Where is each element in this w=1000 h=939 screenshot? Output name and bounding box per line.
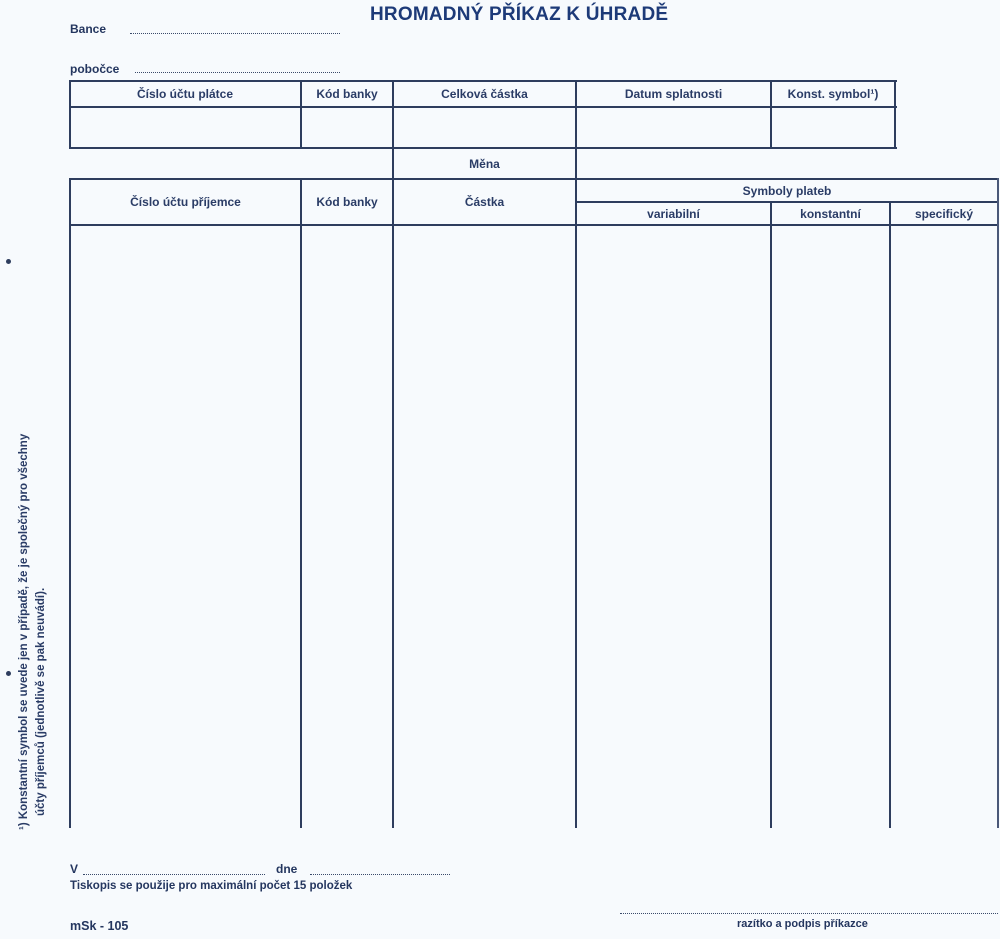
- bank-field[interactable]: [130, 33, 340, 34]
- footnote-line-2: účty příjemců (jednotlivě se pak neuvádí…: [33, 350, 50, 830]
- header-payee-bank-code: Kód banky: [302, 180, 392, 224]
- header-const-symbol: Konst. symbol¹): [772, 82, 894, 106]
- max-items-note: Tiskopis se použije pro maximální počet …: [70, 880, 352, 892]
- bank-label: Bance: [70, 22, 106, 36]
- place-field[interactable]: [83, 874, 265, 875]
- branch-label: pobočce: [70, 62, 119, 76]
- signature-label: razítko a podpis příkazce: [737, 918, 868, 930]
- place-label: V: [70, 862, 78, 876]
- header-amount: Částka: [394, 180, 575, 224]
- payer-account-input[interactable]: [71, 108, 300, 147]
- form-title: HROMADNÝ PŘÍKAZ K ÚHRADĚ: [370, 4, 668, 26]
- total-amount-input[interactable]: [394, 108, 575, 147]
- date-label: dne: [276, 862, 297, 876]
- specific-symbol-column[interactable]: [891, 227, 997, 827]
- constant-symbol-column[interactable]: [772, 227, 889, 827]
- table-border: [69, 224, 999, 226]
- header-due-date: Datum splatnosti: [577, 82, 770, 106]
- punch-hole-marker: [6, 671, 11, 676]
- header-payment-symbols: Symboly plateb: [577, 180, 997, 201]
- table-border: [997, 178, 999, 828]
- payee-account-column[interactable]: [71, 227, 300, 827]
- header-total-amount: Celková částka: [394, 82, 575, 106]
- footnote-line-1: ¹) Konstantní symbol se uvede jen v příp…: [16, 350, 33, 830]
- branch-field[interactable]: [135, 72, 340, 73]
- header-bank-code: Kód banky: [302, 82, 392, 106]
- currency-label: Měna: [394, 150, 575, 178]
- header-specific-symbol: specifický: [891, 203, 997, 224]
- form-code: mSk - 105: [70, 919, 128, 933]
- due-date-input[interactable]: [577, 108, 770, 147]
- header-constant-symbol: konstantní: [772, 203, 889, 224]
- table-border: [69, 147, 897, 149]
- signature-field[interactable]: [620, 913, 998, 914]
- amount-column[interactable]: [394, 227, 575, 827]
- const-symbol-footnote: ¹) Konstantní symbol se uvede jen v příp…: [16, 350, 50, 830]
- table-border: [894, 80, 896, 149]
- variable-symbol-column[interactable]: [577, 227, 770, 827]
- header-payer-account: Číslo účtu plátce: [70, 82, 300, 106]
- const-symbol-input[interactable]: [772, 108, 894, 147]
- header-payee-account: Číslo účtu příjemce: [71, 180, 300, 224]
- punch-hole-marker: [6, 259, 11, 264]
- currency-input[interactable]: [577, 150, 997, 178]
- payer-bank-code-input[interactable]: [302, 108, 392, 147]
- header-variable-symbol: variabilní: [577, 203, 770, 224]
- date-field[interactable]: [310, 874, 450, 875]
- payee-bank-code-column[interactable]: [302, 227, 392, 827]
